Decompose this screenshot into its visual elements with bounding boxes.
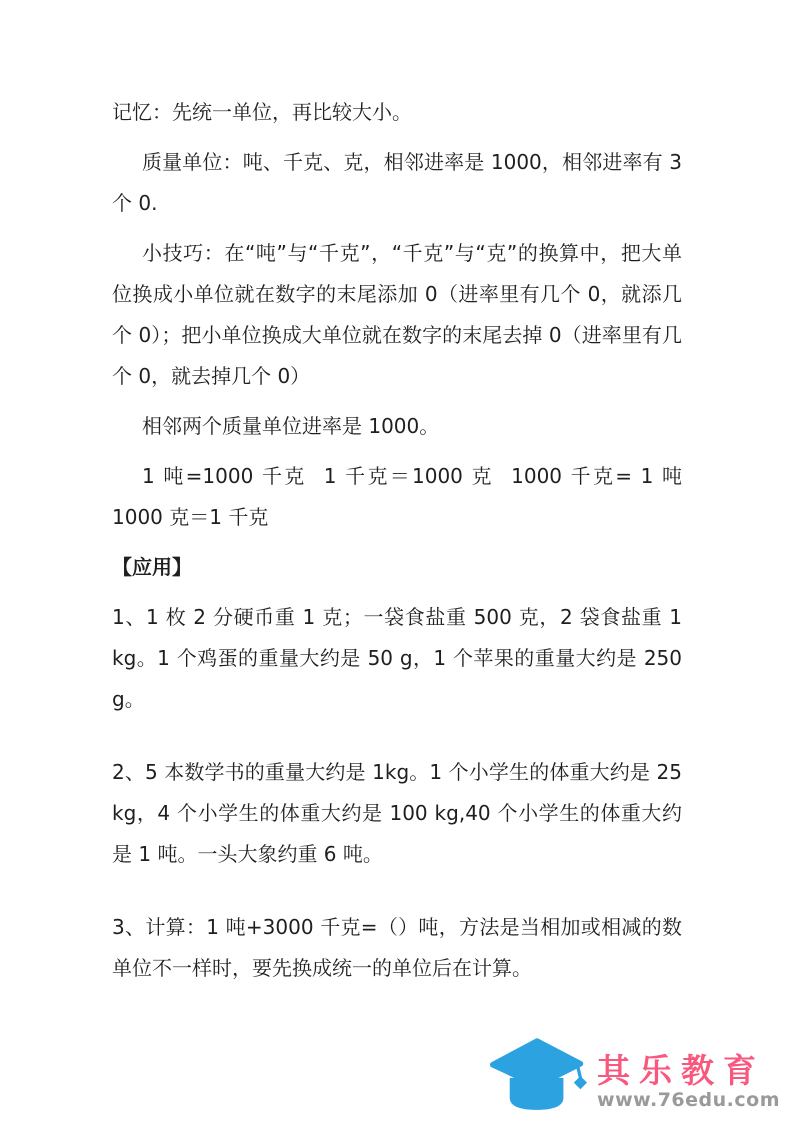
brand-website: www.76edu.com (597, 1089, 780, 1112)
graduation-cap-icon (489, 1038, 587, 1114)
section-heading: 【应用】 (112, 547, 682, 588)
brand-logo: 其乐教育 www.76edu.com (489, 1038, 780, 1114)
paragraph: 3、计算：1 吨+3000 千克=（）吨，方法是当相加或相减的数单位不一样时，要… (112, 907, 682, 989)
paragraph: 2、5 本数学书的重量大约是 1kg。1 个小学生的体重大约是 25 kg，4 … (112, 752, 682, 875)
document-page: 记忆：先统一单位，再比较大小。 质量单位：吨、千克、克，相邻进率是 1000，相… (0, 0, 793, 1122)
paragraph: 质量单位：吨、千克、克，相邻进率是 1000，相邻进率有 3 个 0. (112, 142, 682, 224)
paragraph-unit-conversions: 1 吨=1000 千克 1 千克＝1000 克 1000 千克= 1 吨 100… (112, 456, 682, 538)
brand-name: 其乐教育 (597, 1053, 765, 1089)
brand-text-block: 其乐教育 www.76edu.com (597, 1053, 780, 1112)
paragraph: 相邻两个质量单位进率是 1000。 (112, 406, 682, 447)
paragraph: 1、1 枚 2 分硬币重 1 克；一袋食盐重 500 克，2 袋食盐重 1 kg… (112, 597, 682, 720)
document-body: 记忆：先统一单位，再比较大小。 质量单位：吨、千克、克，相邻进率是 1000，相… (112, 92, 682, 998)
paragraph: 小技巧：在“吨”与“千克”，“千克”与“克”的换算中，把大单位换成小单位就在数字… (112, 233, 682, 397)
paragraph: 记忆：先统一单位，再比较大小。 (112, 92, 682, 133)
